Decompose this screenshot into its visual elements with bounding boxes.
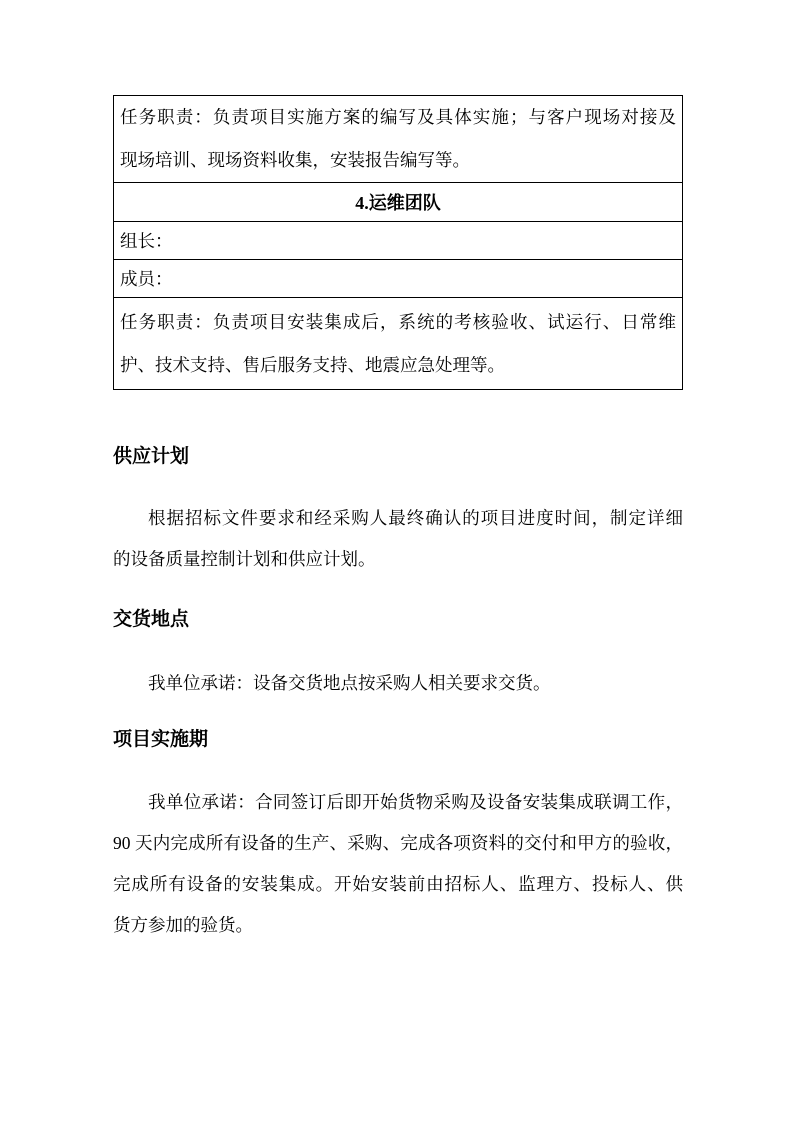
- table-cell-line: 任务职责：负责项目实施方案的编写及具体实施；与客户现场对接及: [120, 96, 676, 139]
- table-row: 组长：: [114, 222, 683, 260]
- paragraph-delivery-location: 我单位承诺：设备交货地点按采购人相关要求交货。: [113, 663, 683, 704]
- section-heading-implementation-period: 项目实施期: [113, 725, 683, 755]
- section-heading-supply-plan: 供应计划: [113, 442, 683, 472]
- paragraph-line: 根据招标文件要求和经采购人最终确认的项目进度时间，制定详细: [113, 498, 683, 539]
- document-content: 任务职责：负责项目实施方案的编写及具体实施；与客户现场对接及 现场培训、现场资料…: [113, 0, 683, 946]
- table-cell-team-header: 4.运维团队: [114, 183, 683, 222]
- team-table: 任务职责：负责项目实施方案的编写及具体实施；与客户现场对接及 现场培训、现场资料…: [113, 95, 683, 390]
- paragraph-line: 的设备质量控制计划和供应计划。: [113, 539, 683, 580]
- paragraph-line: 货方参加的验货。: [113, 905, 683, 946]
- table-row: 4.运维团队: [114, 183, 683, 222]
- table-cell-duty-maintenance: 任务职责：负责项目安装集成后，系统的考核验收、试运行、日常维 护、技术支持、售后…: [114, 298, 683, 390]
- paragraph-supply-plan: 根据招标文件要求和经采购人最终确认的项目进度时间，制定详细 的设备质量控制计划和…: [113, 498, 683, 580]
- paragraph-line: 90 天内完成所有设备的生产、采购、完成各项资料的交付和甲方的验收，: [113, 823, 683, 864]
- table-cell-leader-label: 组长：: [114, 222, 683, 260]
- paragraph-line: 我单位承诺：合同签订后即开始货物采购及设备安装集成联调工作，: [113, 782, 683, 823]
- table-row: 成员：: [114, 260, 683, 298]
- table-row: 任务职责：负责项目安装集成后，系统的考核验收、试运行、日常维 护、技术支持、售后…: [114, 298, 683, 390]
- paragraph-line: 我单位承诺：设备交货地点按采购人相关要求交货。: [113, 663, 683, 704]
- table-cell-members-label: 成员：: [114, 260, 683, 298]
- section-heading-delivery-location: 交货地点: [113, 605, 683, 635]
- document-page: 任务职责：负责项目实施方案的编写及具体实施；与客户现场对接及 现场培训、现场资料…: [0, 0, 793, 1122]
- table-cell-line: 护、技术支持、售后服务支持、地震应急处理等。: [120, 344, 676, 387]
- paragraph-line: 完成所有设备的安装集成。开始安装前由招标人、监理方、投标人、供: [113, 864, 683, 905]
- table-cell-line: 任务职责：负责项目安装集成后，系统的考核验收、试运行、日常维: [120, 301, 676, 344]
- table-row: 任务职责：负责项目实施方案的编写及具体实施；与客户现场对接及 现场培训、现场资料…: [114, 96, 683, 183]
- paragraph-implementation-period: 我单位承诺：合同签订后即开始货物采购及设备安装集成联调工作， 90 天内完成所有…: [113, 782, 683, 946]
- table-cell-line: 现场培训、现场资料收集，安装报告编写等。: [120, 139, 676, 182]
- table-cell-duty-implementation: 任务职责：负责项目实施方案的编写及具体实施；与客户现场对接及 现场培训、现场资料…: [114, 96, 683, 183]
